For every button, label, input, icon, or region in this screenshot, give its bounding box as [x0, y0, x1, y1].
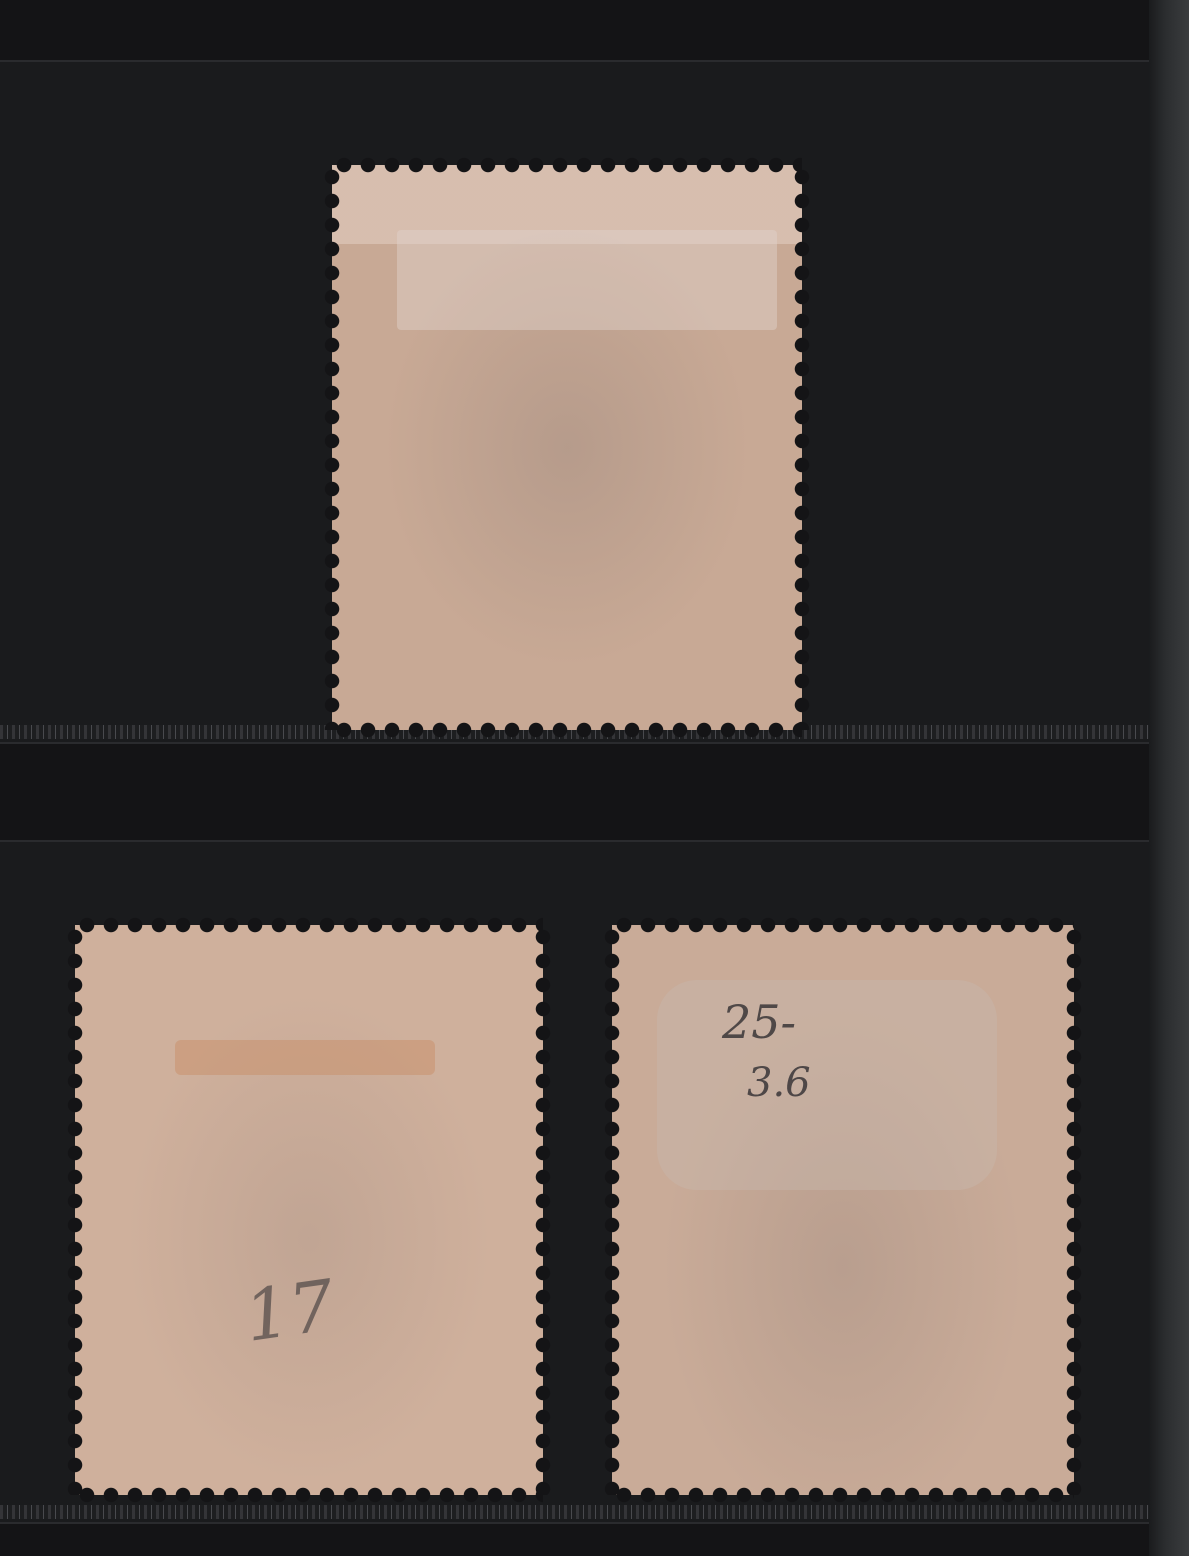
hinge-remnant: [657, 980, 997, 1190]
hinge-remnant: [175, 1040, 435, 1075]
strip-lip-bottom: [0, 1505, 1189, 1519]
page-edge: [1149, 0, 1189, 1556]
pencil-notation-price: 25-: [722, 995, 796, 1049]
stamp-paper: [75, 925, 543, 1495]
pencil-notation-catalog: 3.6: [747, 1060, 811, 1106]
stamp-bottom-left: 17: [75, 925, 543, 1495]
stamp-top: [332, 165, 802, 730]
hinge-remnant: [397, 230, 777, 330]
stamp-bottom-right: 25- 3.6: [612, 925, 1074, 1495]
pencil-notation: 17: [240, 1264, 340, 1358]
